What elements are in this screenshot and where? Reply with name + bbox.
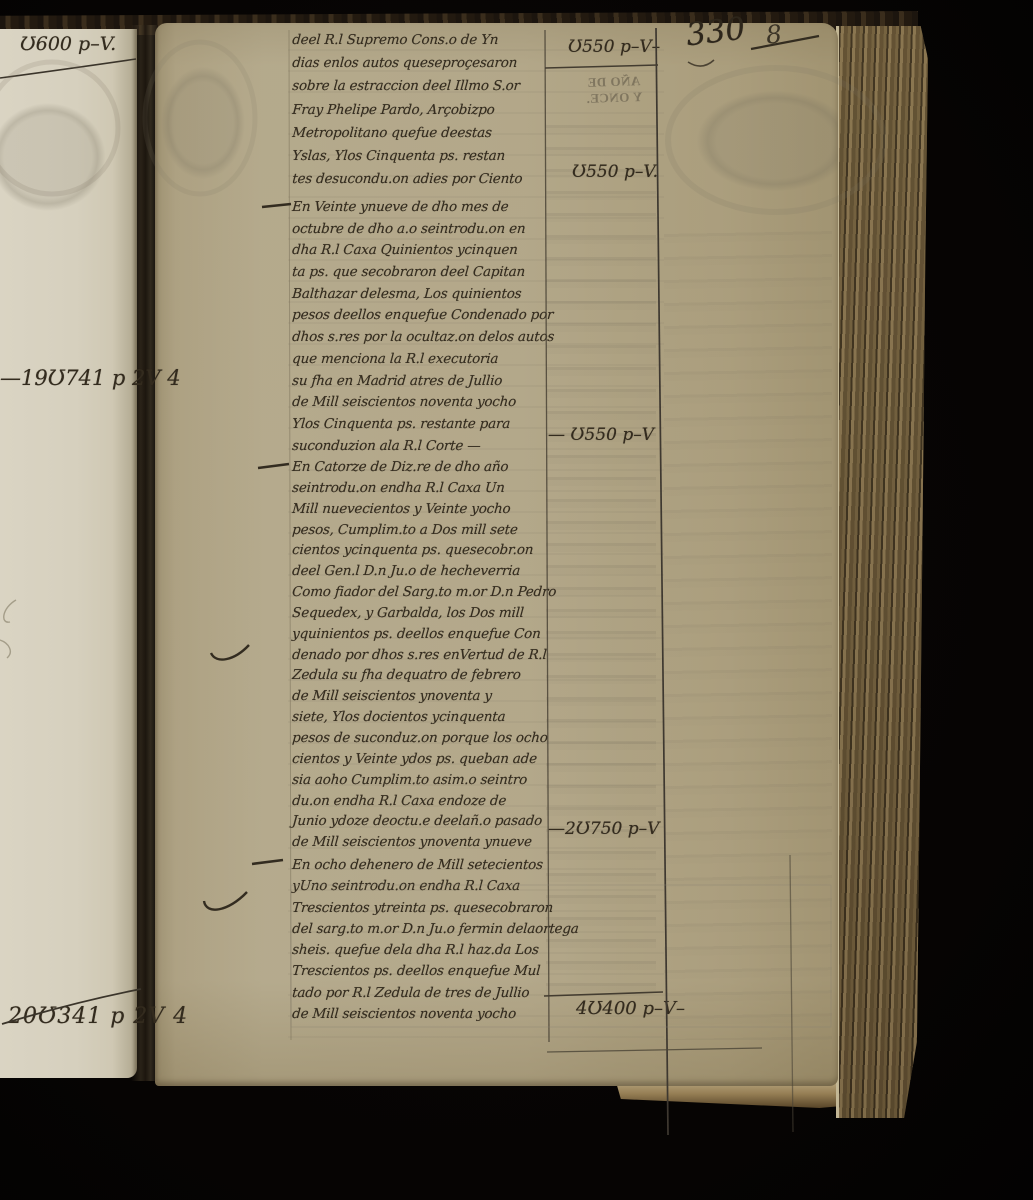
bleedthrough-handwriting-column xyxy=(546,112,656,992)
left-page-amount-carry: —19Ʊ741 p 2V 4 xyxy=(0,366,181,390)
margin-amount-3: —2Ʊ750 p–V xyxy=(548,819,659,839)
manuscript-line: du.on endha R.l Caxa endoze de xyxy=(291,793,554,814)
margin-amount-1: Ʊ550 p–V. xyxy=(572,162,658,182)
manuscript-line: Yslas, Ylos Cinquenta ps. restan xyxy=(291,148,555,171)
margin-amount-carryover: Ʊ550 p–V– xyxy=(568,37,660,57)
manuscript-line: ta ps. que secobraron deel Capitan xyxy=(291,264,555,286)
manuscript-line: de Mill seiscientos ynoventa y xyxy=(291,688,554,709)
margin-amount-2: — Ʊ550 p–V xyxy=(548,425,654,445)
manuscript-line: su fha en Madrid atres de Jullio xyxy=(291,373,555,395)
manuscript-line: sheis. quefue dela dha R.l haz.da Los xyxy=(291,942,554,963)
manuscript-line: Trescientos ytreinta ps. quesecobraron xyxy=(291,900,554,921)
entry-december: En Catorze de Diz.re de dho añoseintrodu… xyxy=(292,459,554,855)
manuscript-line: seintrodu.on endha R.l Caxa Un xyxy=(291,480,554,501)
manuscript-line: En Catorze de Diz.re de dho año xyxy=(291,459,554,480)
manuscript-line: sobre la estraccion deel Illmo S.or xyxy=(291,78,555,101)
manuscript-line: deel Gen.l D.n Ju.o de hecheverria xyxy=(291,563,554,584)
manuscript-line: que menciona la R.l executoria xyxy=(291,351,555,373)
manuscript-line: yquinientos ps. deellos enquefue Con xyxy=(291,626,554,647)
manuscript-line: de Mill seiscientos ynoventa ynueve xyxy=(291,834,554,855)
manuscript-line: dias enlos autos queseproçesaron xyxy=(291,55,555,78)
manuscript-line: denado por dhos s.res enVertud de R.l xyxy=(291,647,554,668)
manuscript-line: cientos ycinquenta ps. quesecobr.on xyxy=(291,542,554,563)
manuscript-line: del sarg.to m.or D.n Ju.o fermin delaort… xyxy=(291,921,554,942)
manuscript-line: En ocho dehenero de Mill setecientos xyxy=(291,857,554,878)
manuscript-line: de Mill seiscientos noventa yocho xyxy=(291,1006,554,1027)
manuscript-line: tado por R.l Zedula de tres de Jullio xyxy=(291,985,554,1006)
manuscript-line: Sequedex, y Garbalda, los Dos mill xyxy=(291,605,554,626)
left-page-amount-total: 20Ʊ341 p 2V 4 xyxy=(8,1004,188,1029)
left-page xyxy=(0,29,137,1078)
left-page-amount-top: Ʊ600 p–V. xyxy=(20,33,116,55)
bleedthrough-printed-text: AÑO DEY ONCE. xyxy=(567,72,660,107)
manuscript-line: En Veinte ynueve de dho mes de xyxy=(291,199,555,221)
manuscript-line: Zedula su fha dequatro de febrero xyxy=(291,667,554,688)
book-gutter xyxy=(131,25,159,1081)
manuscript-line: siete, Ylos docientos ycinquenta xyxy=(291,709,554,730)
margin-amount-total: 4Ʊ400 p–V– xyxy=(576,998,685,1019)
entry-continuation: deel R.l Supremo Cons.o de Yndias enlos … xyxy=(292,32,554,194)
manuscript-line: octubre de dho a.o seintrodu.on en xyxy=(291,221,555,243)
manuscript-line: dhos s.res por la ocultaz.on delos autos xyxy=(291,329,555,351)
manuscript-line: cientos y Veinte ydos ps. queban ade xyxy=(291,751,554,772)
crossed-out-folio-number: 8 xyxy=(765,19,784,50)
manuscript-line: pesos deellos enquefue Condenado por xyxy=(291,307,555,329)
manuscript-line: de Mill seiscientos noventa yocho xyxy=(291,394,555,416)
manuscript-photo: AÑO DEY ONCE. 330 8 Ʊ600 p–V. —19Ʊ741 p … xyxy=(0,0,1033,1200)
manuscript-line: sia aoho Cumplim.to asim.o seintro xyxy=(291,772,554,793)
manuscript-line: pesos de suconduz.on porque los ocho xyxy=(291,730,554,751)
manuscript-line: Metropolitano quefue deestas xyxy=(291,125,555,148)
bleedthrough-line: Y ONCE. xyxy=(568,88,661,107)
manuscript-line: pesos, Cumplim.to a Dos mill sete xyxy=(291,522,554,543)
entry-october: En Veinte ynueve de dho mes deoctubre de… xyxy=(292,199,554,459)
manuscript-line: Ylos Cinquenta ps. restante para xyxy=(291,416,555,438)
manuscript-line: Balthazar delesma, Los quinientos xyxy=(291,286,555,308)
entry-january: En ocho dehenero de Mill setecientosyUno… xyxy=(292,857,554,1027)
manuscript-line: Trescientos ps. deellos enquefue Mul xyxy=(291,963,554,984)
manuscript-line: yUno seintrodu.on endha R.l Caxa xyxy=(291,878,554,899)
manuscript-line: Fray Phelipe Pardo, Arçobizpo xyxy=(291,102,555,125)
manuscript-line: Junio ydoze deoctu.e deelañ.o pasado xyxy=(291,813,554,834)
manuscript-line: Como fiador del Sarg.to m.or D.n Pedro xyxy=(291,584,554,605)
manuscript-line: dha R.l Caxa Quinientos ycinquen xyxy=(291,242,555,264)
folio-number: 330 xyxy=(684,11,747,54)
manuscript-line: suconduzion ala R.l Corte — xyxy=(291,438,555,460)
manuscript-line: Mill nuevecientos y Veinte yocho xyxy=(291,501,554,522)
manuscript-line: deel R.l Supremo Cons.o de Yn xyxy=(291,32,555,55)
bleedthrough-handwriting-margin xyxy=(664,220,832,1040)
manuscript-line: tes desucondu.on adies por Ciento xyxy=(291,171,555,194)
book-fore-edge xyxy=(836,26,928,1118)
